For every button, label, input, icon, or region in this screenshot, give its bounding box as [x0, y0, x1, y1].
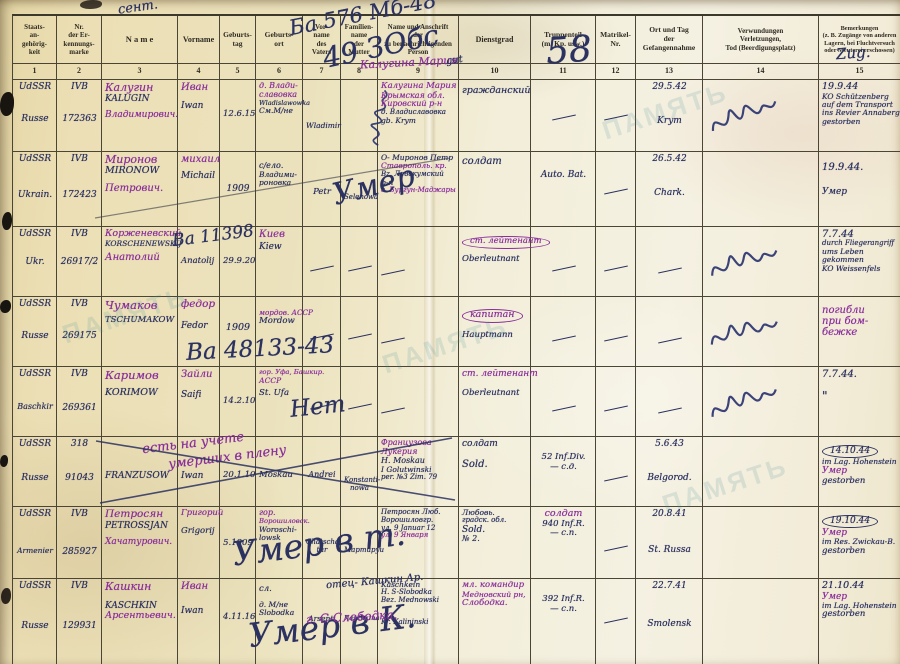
- handwritten-entry: [344, 323, 375, 341]
- handwritten-entry: Киев: [259, 229, 300, 240]
- remarks-cell: 19.10.44Умерim Res. Zwickau-B.gestorben: [819, 507, 900, 579]
- ink-stain: [2, 212, 12, 230]
- handwritten-entry: 5.6.43: [639, 439, 700, 449]
- dash-stroke: [658, 338, 682, 344]
- handwritten-entry: ст. лейтенант: [462, 229, 528, 249]
- column-label: Truppenteil (m. Kp. usw.): [531, 16, 595, 63]
- mother-name-cell: Kaschkina: [341, 579, 378, 664]
- nationality-cell: UdSSRRusse: [13, 579, 57, 664]
- handwritten-entry: Russe: [16, 473, 54, 483]
- birthplace-cell: КиевKiew: [256, 227, 303, 297]
- name-cell: ЧумаковTSCHUMAKOW: [102, 297, 178, 367]
- mother-name-cell: Мартируи: [341, 507, 378, 579]
- wounds-cell: [703, 367, 819, 437]
- unit-cell: Auto. Bat.: [531, 152, 596, 227]
- nationality-cell: UdSSRArmenier: [13, 507, 57, 579]
- handwritten-entry: погибли: [822, 305, 898, 316]
- contact-address-cell: ФранцузоваЛукерияH. MoskauI Golutwinskip…: [378, 437, 459, 507]
- name-cell: КорженевскийKORSCHENEWSKIJАнатолий: [102, 227, 178, 297]
- handwritten-entry: Russe: [16, 331, 54, 341]
- handwritten-entry: 5.1909: [223, 539, 253, 549]
- handwritten-entry: [599, 104, 633, 122]
- handwritten-entry: Iwan: [181, 101, 217, 111]
- remarks-cell: погиблипри бом-бежке: [819, 297, 900, 367]
- handwritten-entry: 20.8.41: [639, 509, 700, 519]
- handwritten-entry: KO Weissenfels: [822, 265, 898, 273]
- nationality-cell: UdSSRRusse: [13, 80, 57, 152]
- header-cell-father-name: Vor- name des Vaters7: [303, 16, 341, 80]
- ink-stain: [80, 0, 102, 9]
- dash-stroke: [604, 189, 628, 195]
- capture-place-date-cell: [636, 297, 703, 367]
- nationality-cell: UdSSRUkrain.: [13, 152, 57, 227]
- handwritten-entry: [534, 325, 593, 343]
- rank-cell: мл. командирМедновский рн,Слободка.: [459, 579, 531, 664]
- handwritten-entry: UdSSR: [16, 581, 54, 591]
- contact-address-cell: О- Миронов ПетрСтаврополь. кр.Bz. Левоку…: [378, 152, 459, 227]
- header-cell-capture-place-date: Ort und Tag der Gefangennahme13: [636, 16, 703, 80]
- header-cell-wounds: Verwundungen Verletzungen, Tod (Beerdigu…: [703, 16, 819, 80]
- rank-cell: солдатSold.: [459, 437, 531, 507]
- handwritten-entry: IVB: [60, 82, 99, 92]
- tag-number-cell: IVB26917/2: [57, 227, 102, 297]
- dash-stroke: [348, 404, 372, 410]
- dash-stroke: [604, 476, 628, 482]
- handwritten-entry: 172363: [60, 114, 99, 124]
- handwritten-entry: Oberleutnant: [462, 255, 528, 265]
- matrikel-number-cell: [596, 507, 636, 579]
- handwritten-entry: 14.2.10: [223, 397, 253, 407]
- handwritten-entry: UdSSR: [16, 229, 54, 239]
- handwritten-entry: [534, 255, 593, 273]
- handwritten-entry: 22.7.41: [639, 581, 700, 591]
- nationality-cell: UdSSRRusse: [13, 437, 57, 507]
- handwritten-entry: [306, 255, 338, 273]
- handwritten-entry: [599, 255, 633, 273]
- contact-address-cell: [378, 227, 459, 297]
- dash-stroke: [604, 546, 628, 552]
- tag-number-cell: IVB172423: [57, 152, 102, 227]
- column-number: 14: [703, 63, 818, 79]
- birthdate-cell: 4.11.16: [220, 579, 256, 664]
- handwritten-entry: [534, 395, 593, 413]
- handwritten-entry: [639, 257, 700, 275]
- father-name-cell: Chatscha-tur: [303, 507, 341, 579]
- handwritten-entry: IVB: [60, 154, 99, 164]
- remarks-cell: 19.9.44KO Schützenbergauf dem Transporti…: [819, 80, 900, 152]
- handwritten-entry: Wladimir: [306, 122, 338, 130]
- handwritten-entry: TSCHUMAKOW: [105, 316, 175, 326]
- handwritten-entry: 14.10.44: [822, 439, 898, 458]
- dash-stroke: [348, 266, 372, 272]
- firstname-cell: ГригорийGrigorij: [178, 507, 220, 579]
- handwritten-entry: 7.7.44.: [822, 369, 898, 380]
- firstname-cell: михаилMichail: [178, 152, 220, 227]
- handwritten-entry: Hauptmann: [462, 331, 528, 341]
- handwritten-entry: [381, 327, 456, 345]
- name-cell: КаримовKORIMOW: [102, 367, 178, 437]
- handwritten-entry: [599, 535, 633, 553]
- handwritten-entry: при бом-: [822, 316, 898, 327]
- nationality-cell: UdSSRUkr.: [13, 227, 57, 297]
- wounds-cell: [703, 152, 819, 227]
- mother-name-cell: [341, 297, 378, 367]
- capture-place-date-cell: [636, 367, 703, 437]
- handwritten-entry: Григорий: [181, 509, 217, 519]
- dash-stroke: [658, 268, 682, 274]
- handwritten-entry: Kaschkina: [344, 615, 375, 623]
- father-name-cell: [303, 367, 341, 437]
- header-cell-birthplace: Geburts- ort6: [256, 16, 303, 80]
- dash-stroke: [604, 266, 628, 272]
- wounds-cell: [703, 579, 819, 664]
- firstname-cell: ЗайлиSaifi: [178, 367, 220, 437]
- handwritten-entry: Russe: [16, 114, 54, 124]
- handwritten-entry: Зайли: [181, 369, 217, 380]
- handwritten-entry: Иван: [181, 581, 217, 592]
- handwritten-entry: Baschkir: [16, 403, 54, 412]
- handwritten-entry: KORSCHENEWSKIJ: [105, 240, 175, 248]
- handwritten-entry: солдат: [462, 439, 528, 449]
- column-number: 4: [178, 63, 219, 79]
- column-number: 15: [819, 63, 900, 79]
- unit-cell: [531, 367, 596, 437]
- ink-stain: [0, 300, 11, 313]
- handwritten-entry: Smolensk: [639, 619, 700, 629]
- handwritten-entry: gb. Krym: [381, 117, 456, 125]
- header-cell-firstname: Vorname4: [178, 16, 220, 80]
- mother-name-cell: Selenowa: [341, 152, 378, 227]
- handwritten-entry: Петрович.: [105, 183, 175, 194]
- name-cell: КашкинKASCHKINАрсентьевич.: [102, 579, 178, 664]
- wounds-cell: [703, 297, 819, 367]
- handwritten-entry: ул. 9 Января: [381, 532, 456, 540]
- column-label: Verwundungen Verletzungen, Tod (Beerdigu…: [703, 16, 818, 63]
- handwritten-entry: gestorben: [822, 118, 898, 126]
- handwritten-entry: St. Ufa: [259, 389, 300, 399]
- unit-cell: 392 Inf.R.— с.п.: [531, 579, 596, 664]
- dash-stroke: [658, 408, 682, 414]
- handwritten-entry: [639, 397, 700, 415]
- header-cell-matrikel-number: Matrikel- Nr.12: [596, 16, 636, 80]
- signature-scribble: [707, 240, 784, 290]
- handwritten-entry: KALUGIN: [105, 94, 175, 104]
- handwritten-entry: Moskau: [259, 471, 300, 481]
- name-cell: КалугинKALUGINВладимирович.: [102, 80, 178, 152]
- capture-place-date-cell: 20.8.41St. Russa: [636, 507, 703, 579]
- handwritten-entry: Ukr.: [16, 257, 54, 267]
- handwritten-entry: Saifi: [181, 390, 217, 400]
- rank-cell: капитанHauptmann: [459, 297, 531, 367]
- matrikel-number-cell: [596, 579, 636, 664]
- father-name-cell: [303, 227, 341, 297]
- column-label: Matrikel- Nr.: [596, 16, 635, 63]
- mother-name-cell: [341, 80, 378, 152]
- rank-cell: Любовь.градск. обл.Sold.№ 2.: [459, 507, 531, 579]
- contact-address-cell: KaschkeinH. S-SlobodkaBez. MednowskiKr. …: [378, 579, 459, 664]
- handwritten-entry: IVB: [60, 369, 99, 379]
- handwritten-entry: — с.п.: [534, 605, 593, 615]
- handwritten-entry: Fedor: [181, 321, 217, 331]
- remarks-cell: 21.10.44Умерim Lag. Hohensteingestorben: [819, 579, 900, 664]
- handwritten-entry: 269361: [60, 403, 99, 413]
- firstname-cell: Iwan: [178, 437, 220, 507]
- father-name-cell: Petr: [303, 152, 341, 227]
- handwritten-entry: ": [822, 390, 898, 403]
- handwritten-entry: 129931: [60, 621, 99, 631]
- unit-cell: солдат940 Inf.R.— с.п.: [531, 507, 596, 579]
- header-cell-nationality: Staats- an- gehörig- keit1: [13, 16, 57, 80]
- capture-place-date-cell: 5.6.43Belgorod.: [636, 437, 703, 507]
- handwritten-entry: михаил: [181, 154, 217, 165]
- handwritten-entry: 26917/2: [60, 257, 99, 267]
- handwritten-entry: Умер: [822, 187, 898, 197]
- dash-stroke: [310, 266, 334, 272]
- tag-number-cell: IVB172363: [57, 80, 102, 152]
- handwritten-entry: Iwan: [181, 606, 217, 616]
- column-number: 1: [13, 63, 56, 79]
- remarks-cell: 14.10.44im Lag. HohensteinУмерgestorben: [819, 437, 900, 507]
- handwritten-entry: № 2.: [462, 535, 528, 544]
- handwritten-entry: 1909: [223, 323, 253, 334]
- wounds-cell: [703, 507, 819, 579]
- matrikel-number-cell: [596, 227, 636, 297]
- dash-stroke: [310, 404, 334, 410]
- birthplace-cell: гор. Уфа, Башкир.АССРSt. Ufa: [256, 367, 303, 437]
- handwritten-entry: gestorben: [822, 547, 898, 557]
- handwritten-entry: 285927: [60, 547, 99, 557]
- handwritten-entry: Bez. Mednowski: [381, 597, 456, 605]
- column-label: Nr. der Er- kennungs- marke: [57, 16, 101, 63]
- handwritten-entry: 318: [60, 439, 99, 449]
- column-label: Ort und Tag der Gefangennahme: [636, 16, 702, 63]
- column-label: Dienstgrad: [459, 16, 530, 63]
- birthplace-cell: с/ело.Владими-роновка: [256, 152, 303, 227]
- remarks-cell: 7.7.44durch Fliegerangriffums Lebengekom…: [819, 227, 900, 297]
- handwritten-entry: роновка: [259, 179, 300, 187]
- column-label: Vor- name des Vaters: [303, 16, 340, 63]
- contact-address-cell: Петросян Люб.Ворошиловгр.ул. 9 Januar 12…: [378, 507, 459, 579]
- header-cell-remarks: Bemerkungen (z. B. Zugänge von anderen L…: [819, 16, 900, 80]
- handwritten-entry: 26.5.42: [639, 154, 700, 164]
- wounds-cell: [703, 227, 819, 297]
- dash-stroke: [552, 115, 576, 121]
- handwritten-entry: с. Бургун-Маджары: [381, 187, 456, 195]
- column-number: 10: [459, 63, 530, 79]
- column-label: Bemerkungen (z. B. Zugänge von anderen L…: [819, 16, 900, 63]
- wounds-cell: [703, 80, 819, 152]
- handwritten-entry: IVB: [60, 581, 99, 591]
- handwritten-entry: 19.9.44.: [822, 162, 898, 173]
- signature-scribble: [707, 311, 783, 358]
- handwritten-entry: Chark.: [639, 188, 700, 198]
- handwritten-entry: [306, 323, 338, 341]
- handwritten-entry: — с.п.: [534, 529, 593, 539]
- scanned-document-page: Staats- an- gehörig- keit1Nr. der Er- ke…: [0, 0, 900, 664]
- handwritten-entry: [599, 465, 633, 483]
- birthdate-cell: 1909: [220, 297, 256, 367]
- handwritten-entry: UdSSR: [16, 369, 54, 379]
- handwritten-entry: PETROSSJAN: [105, 521, 175, 531]
- handwritten-entry: [599, 325, 633, 343]
- handwritten-entry: Чумаков: [105, 299, 175, 312]
- nationality-cell: UdSSRBaschkir: [13, 367, 57, 437]
- handwritten-entry: per. №3 Zim. 79: [381, 474, 456, 482]
- birthdate-cell: 5.1909: [220, 507, 256, 579]
- handwritten-entry: [639, 327, 700, 345]
- dash-stroke: [381, 270, 405, 276]
- handwritten-entry: Belgorod.: [639, 473, 700, 483]
- rank-cell: ст. лейтенантOberleutnant: [459, 227, 531, 297]
- handwritten-entry: — с.д.: [534, 463, 593, 473]
- unit-cell: [531, 80, 596, 152]
- handwritten-entry: Arsenti: [306, 615, 338, 623]
- birthplace-cell: Moskau: [256, 437, 303, 507]
- handwritten-entry: Мартируи: [344, 547, 375, 555]
- contact-address-cell: [378, 297, 459, 367]
- handwritten-entry: 1909: [223, 184, 253, 194]
- birthplace-cell: сл.д. М/неSlobodka: [256, 579, 303, 664]
- handwritten-entry: См.М/не: [259, 107, 300, 115]
- column-number: 5: [220, 63, 255, 79]
- column-label: Name und Anschrift der zu benachrichtige…: [378, 16, 458, 63]
- rank-cell: солдат: [459, 152, 531, 227]
- handwritten-entry: St. Russa: [639, 545, 700, 555]
- capture-place-date-cell: [636, 227, 703, 297]
- tag-number-cell: IVB269361: [57, 367, 102, 437]
- dash-stroke: [604, 406, 628, 412]
- tag-number-cell: 31891043: [57, 437, 102, 507]
- handwritten-entry: Selenowa: [344, 194, 375, 202]
- column-label: Vorname: [178, 16, 219, 63]
- firstname-cell: ИванIwan: [178, 579, 220, 664]
- ink-stain: [0, 455, 8, 467]
- handwritten-entry: [306, 393, 338, 411]
- handwritten-entry: [381, 259, 456, 277]
- dash-stroke: [381, 408, 405, 414]
- dash-stroke: [310, 334, 334, 340]
- handwritten-entry: федор: [181, 299, 217, 311]
- birthplace-cell: д. Влади-славовкаWladislawowkaСм.М/не: [256, 80, 303, 152]
- header-cell-mother-name: Familien- name der Mutter8: [341, 16, 378, 80]
- handwritten-entry: Каримов: [105, 369, 175, 382]
- header-cell-contact-address: Name und Anschrift der zu benachrichtige…: [378, 16, 459, 80]
- handwritten-entry: IVB: [60, 299, 99, 309]
- handwritten-entry: 29.5.42: [639, 82, 700, 92]
- wounds-cell: [703, 437, 819, 507]
- dash-stroke: [552, 266, 576, 272]
- handwritten-entry: Grigorij: [181, 527, 217, 537]
- birthplace-cell: гор.Ворошиловск.Woroschi-lowsk: [256, 507, 303, 579]
- handwritten-entry: Анатолий: [105, 252, 175, 263]
- tag-number-cell: IVB129931: [57, 579, 102, 664]
- handwritten-entry: гражданский: [462, 86, 528, 97]
- handwritten-entry: Kr. Kalininski: [381, 619, 456, 627]
- signature-scribble: [706, 379, 784, 431]
- dash-stroke: [552, 406, 576, 412]
- handwritten-entry: Иван: [181, 82, 217, 93]
- handwritten-entry: 21.10.44: [822, 581, 898, 592]
- handwritten-entry: lowsk: [259, 534, 300, 542]
- handwritten-entry: 91043: [60, 473, 99, 483]
- matrikel-number-cell: [596, 152, 636, 227]
- name-cell: FRANZUSOW: [102, 437, 178, 507]
- handwritten-entry: Michail: [181, 171, 217, 181]
- dash-stroke: [348, 334, 372, 340]
- tag-number-cell: IVB285927: [57, 507, 102, 579]
- handwritten-entry: Кашкин: [105, 581, 175, 593]
- handwritten-entry: Armenier: [16, 547, 54, 555]
- handwritten-entry: 269175: [60, 331, 99, 341]
- handwritten-entry: IVB: [60, 509, 99, 519]
- dash-stroke: [552, 336, 576, 342]
- handwritten-entry: [534, 104, 593, 122]
- firstname-cell: ИванIwan: [178, 80, 220, 152]
- remarks-cell: 7.7.44.": [819, 367, 900, 437]
- handwritten-entry: 172423: [60, 190, 99, 200]
- birthdate-cell: 1909: [220, 152, 256, 227]
- handwritten-entry: UdSSR: [16, 82, 54, 92]
- handwritten-entry: Slobodka: [259, 609, 300, 617]
- handwritten-entry: Владимирович.: [105, 110, 175, 120]
- handwritten-entry: Auto. Bat.: [534, 170, 593, 180]
- mother-name-cell: Konstanti-nowa: [341, 437, 378, 507]
- handwritten-entry: MIRONOW: [105, 166, 175, 177]
- matrikel-number-cell: [596, 437, 636, 507]
- father-name-cell: Wladimir: [303, 80, 341, 152]
- birthdate-cell: 20.1.10: [220, 437, 256, 507]
- header-cell-rank: Dienstgrad10: [459, 16, 531, 80]
- name-cell: ПетросянPETROSSJANХачатурович.: [102, 507, 178, 579]
- ink-stain: [1, 588, 11, 604]
- dash-stroke: [604, 336, 628, 342]
- name-cell: МироновMIRONOWПетрович.: [102, 152, 178, 227]
- handwritten-entry: [599, 607, 633, 625]
- header-cell-unit: Truppenteil (m. Kp. usw.)11: [531, 16, 596, 80]
- handwritten-entry: Sold.: [462, 459, 528, 470]
- handwritten-entry: Oberleutnant: [462, 389, 528, 399]
- handwritten-entry: Petr: [306, 188, 338, 198]
- handwritten-entry: gestorben: [822, 610, 898, 620]
- birthdate-cell: 12.6.15: [220, 80, 256, 152]
- nationality-cell: UdSSRRusse: [13, 297, 57, 367]
- column-number: 8: [341, 63, 377, 79]
- signature-scribble: [706, 91, 785, 145]
- column-number: 3: [102, 63, 177, 79]
- mother-name-cell: [341, 227, 378, 297]
- handwritten-entry: Mordow: [259, 317, 300, 327]
- column-number: 7: [303, 63, 340, 79]
- handwritten-entry: FRANZUSOW: [105, 471, 175, 481]
- handwritten-entry: 20.1.10: [223, 471, 253, 481]
- handwritten-entry: Andrei: [306, 471, 338, 480]
- header-cell-tag-number: Nr. der Er- kennungs- marke2: [57, 16, 102, 80]
- dash-stroke: [604, 618, 628, 624]
- column-number: 6: [256, 63, 302, 79]
- handwritten-entry: сл.: [259, 585, 300, 595]
- father-name-cell: Andrei: [303, 437, 341, 507]
- handwritten-entry: [599, 395, 633, 413]
- handwritten-entry: Хачатурович.: [105, 537, 175, 547]
- handwritten-entry: Арсентьевич.: [105, 611, 175, 622]
- handwritten-entry: 19.10.44: [822, 509, 898, 528]
- unit-cell: 52 Inf.Div.— с.д.: [531, 437, 596, 507]
- handwritten-entry: бежке: [822, 327, 898, 338]
- father-name-cell: [303, 297, 341, 367]
- handwritten-entry: tur: [306, 547, 338, 555]
- handwritten-entry: Russe: [16, 621, 54, 631]
- handwritten-entry: Ukrain.: [16, 190, 54, 200]
